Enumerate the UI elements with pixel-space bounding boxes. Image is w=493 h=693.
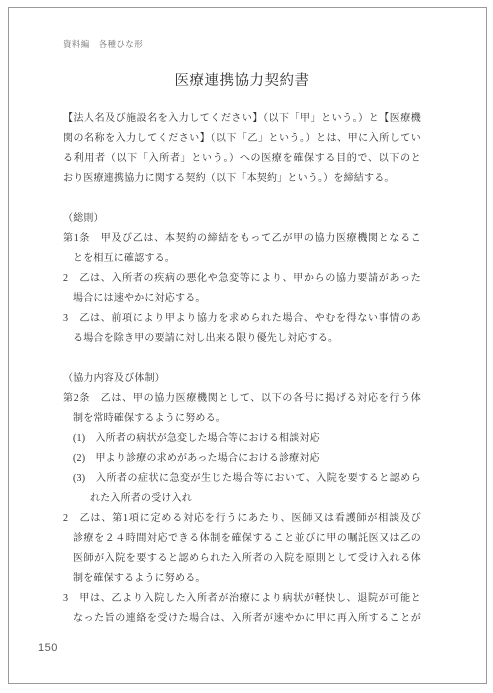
document-line: 3 甲は、乙より入院した入所者が治療により病状が軽快し、退院が可能と <box>63 589 421 609</box>
document-line: る利用者（以下「入所者」という。）への医療を確保する目的で、以下のと <box>63 149 421 169</box>
document-line: おり医療連携協力に関する契約（以下「本契約」という。）を締結する。 <box>63 169 421 189</box>
document-line: 診療を２４時間対応できる体制を確保すること並びに甲の嘱託医又は乙の <box>73 529 421 549</box>
document-line: 医師が入院を要すると認められた入所者の入院を原則として受け入れる体 <box>73 549 421 569</box>
document-line: 2 乙は、入所者の疾病の悪化や急変等により、甲からの協力要請があった <box>63 269 421 289</box>
document-line: （協力内容及び体制） <box>63 369 421 389</box>
document-line: れた入所者の受け入れ <box>90 489 421 509</box>
document-line: （総則） <box>63 209 421 229</box>
document-line: 【法人名及び施設名を入力してください】（以下「甲」という。）と【医療機 <box>63 109 421 129</box>
document-line: 2 乙は、第1項に定める対応を行うにあたり、医師又は看護師が相談及び <box>63 509 421 529</box>
document-body: 【法人名及び施設名を入力してください】（以下「甲」という。）と【医療機関の名称を… <box>63 109 421 629</box>
document-line: 第2条 乙は、甲の協力医療機関として、以下の各号に掲げる対応を行う体 <box>63 389 421 409</box>
blank-line <box>63 349 421 369</box>
document-line: (1) 入所者の病状が急変した場合等における相談対応 <box>73 429 421 449</box>
document-line: 第1条 甲及び乙は、本契約の締結をもって乙が甲の協力医療機関となるこ <box>63 229 421 249</box>
document-line: 関の名称を入力してください】（以下「乙」という。）とは、甲に入所してい <box>63 129 421 149</box>
document-title: 医療連携協力契約書 <box>63 72 421 90</box>
document-line: とを相互に確認する。 <box>73 249 421 269</box>
document-line: (3) 入所者の症状に急変が生じた場合等において、入院を要すると認めら <box>73 469 421 489</box>
blank-line <box>63 189 421 209</box>
document-line: る場合を除き甲の要請に対し出来る限り優先し対応する。 <box>73 329 421 349</box>
document-line: 制を常時確保するように努める。 <box>73 409 421 429</box>
page-number: 150 <box>38 641 58 655</box>
running-header: 資料編 各種ひな形 <box>63 38 143 50</box>
document-line: 3 乙は、前項により甲より協力を求められた場合、やむを得ない事情のあ <box>63 309 421 329</box>
document-line: (2) 甲より診療の求めがあった場合における診療対応 <box>73 449 421 469</box>
document-line: なった旨の連絡を受けた場合は、入所者が速やかに甲に再入所することが <box>73 609 421 629</box>
page-border: 資料編 各種ひな形 医療連携協力契約書 【法人名及び施設名を入力してください】（… <box>8 7 487 684</box>
page: 資料編 各種ひな形 医療連携協力契約書 【法人名及び施設名を入力してください】（… <box>0 0 493 693</box>
document-line: 場合には速やかに対応する。 <box>73 289 421 309</box>
document-line: 制を確保するように努める。 <box>73 569 421 589</box>
